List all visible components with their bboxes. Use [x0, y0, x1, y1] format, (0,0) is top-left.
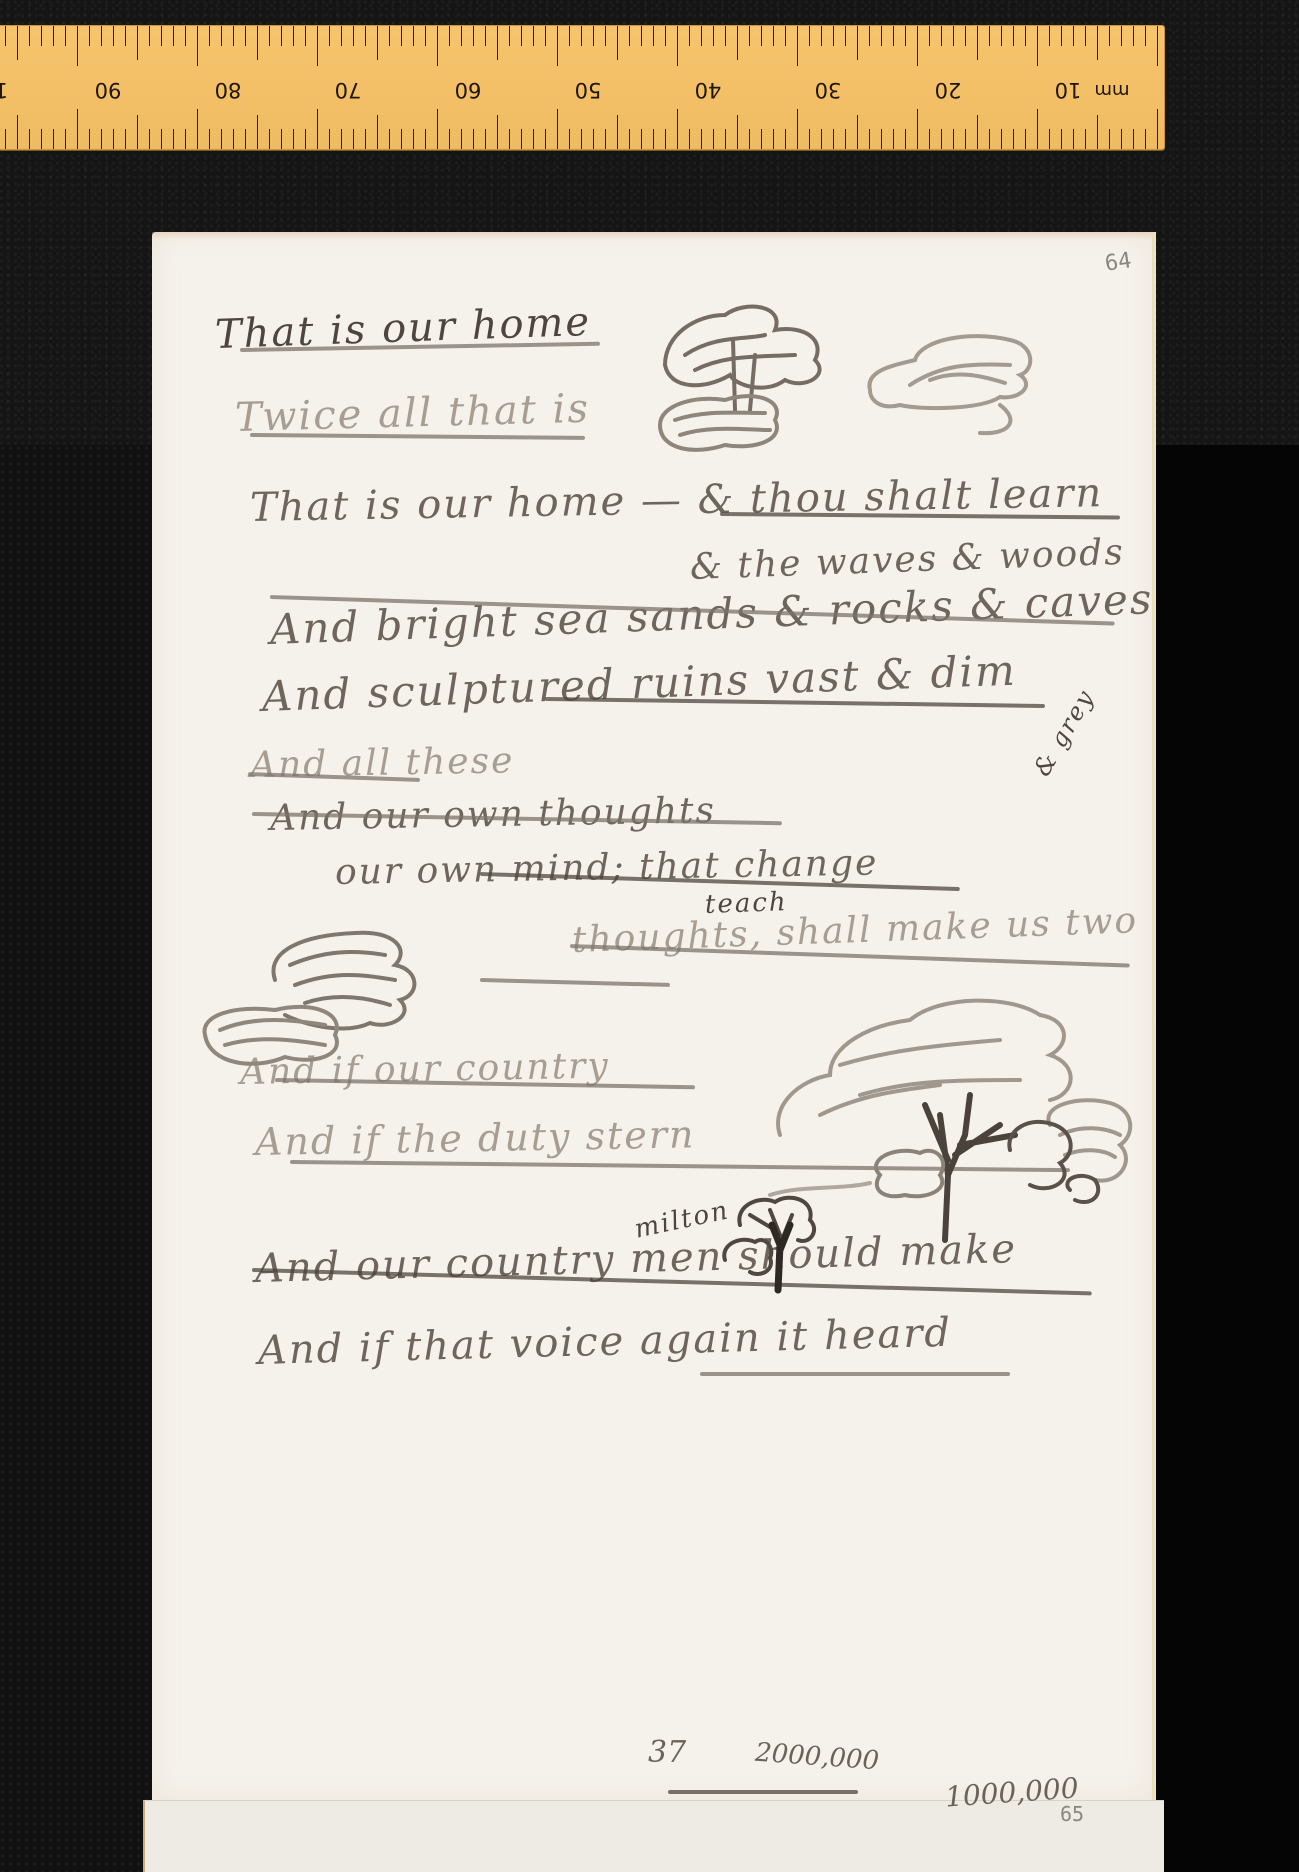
ruler-tick — [1037, 109, 1038, 149]
ruler-tick — [833, 129, 834, 149]
ruler-tick — [833, 26, 834, 46]
ruler-tick — [605, 129, 606, 149]
ruler-tick — [857, 115, 858, 149]
ruler-tick — [389, 129, 390, 149]
ruler-tick — [869, 129, 870, 149]
ruler-tick — [653, 26, 654, 46]
ruler-tick — [161, 129, 162, 149]
ruler-tick — [17, 26, 18, 60]
ruler-tick — [113, 26, 114, 46]
ruler-tick — [785, 129, 786, 149]
ruler-tick — [881, 129, 882, 149]
ruler-tick — [317, 109, 318, 149]
ruler-tick — [641, 129, 642, 149]
ruler-tick — [1061, 26, 1062, 46]
ruler-tick — [353, 129, 354, 149]
cloud-left-middle-sketch — [195, 925, 435, 1079]
ruler-tick — [821, 129, 822, 149]
ruler-tick — [293, 129, 294, 149]
ruler-tick — [785, 26, 786, 46]
ruler-tick — [509, 26, 510, 46]
ruler-tick — [1145, 26, 1146, 46]
ruler-tick — [257, 26, 258, 60]
ruler-tick — [1025, 129, 1026, 149]
ruler-tick — [389, 26, 390, 46]
ruler-tick — [689, 129, 690, 149]
ruler-tick — [137, 26, 138, 60]
ruler-tick — [173, 129, 174, 149]
ruler-tick — [377, 115, 378, 149]
ruler-tick — [1085, 129, 1086, 149]
ruler-tick — [485, 26, 486, 46]
ruler-tick — [173, 26, 174, 46]
ruler-tick — [449, 26, 450, 46]
ruler-tick — [665, 26, 666, 46]
ruler-tick — [257, 115, 258, 149]
ruler-tick — [317, 26, 318, 66]
ruler-tick — [977, 26, 978, 60]
ruler-tick — [365, 129, 366, 149]
ruler-tick — [977, 115, 978, 149]
ruler-tick — [5, 129, 6, 149]
ruler-tick — [905, 26, 906, 46]
ruler-tick — [365, 26, 366, 46]
ruler-tick — [941, 26, 942, 46]
bottom-number-37: 37 — [648, 1735, 686, 1770]
ruler-tick — [449, 129, 450, 149]
ruler-tick — [905, 129, 906, 149]
ruler-tick — [53, 129, 54, 149]
ruler-tick — [1013, 129, 1014, 149]
ruler-tick — [233, 129, 234, 149]
ruler-tick — [1073, 26, 1074, 46]
tree-sketch-icon — [720, 1190, 830, 1295]
ruler-tick — [689, 26, 690, 46]
small-tree-sketch — [720, 1190, 830, 1299]
ruler-tick — [641, 26, 642, 46]
ruler-tick — [461, 26, 462, 46]
ruler-tick — [917, 109, 918, 149]
ruler-tick — [305, 129, 306, 149]
folio-number: 64 — [1103, 248, 1133, 276]
ruler-tick — [713, 129, 714, 149]
pencil-note-65: 65 — [1060, 1802, 1084, 1826]
ruler-tick — [605, 26, 606, 46]
ruler-tick — [533, 129, 534, 149]
measuring-ruler: mm 10 20 30 40 50 60 70 80 90 100 110 12… — [0, 25, 1165, 150]
ruler-tick — [341, 129, 342, 149]
ruler-label-100: 100 — [0, 78, 18, 102]
ruler-tick — [89, 26, 90, 46]
ruler-tick — [917, 26, 918, 66]
ruler-tick — [677, 26, 678, 66]
ruler-tick — [1097, 26, 1098, 60]
ruler-tick — [101, 129, 102, 149]
ruler-tick — [1109, 129, 1110, 149]
ruler-tick — [401, 129, 402, 149]
ruler-tick — [341, 26, 342, 46]
ruler-tick — [665, 129, 666, 149]
ruler-tick — [521, 129, 522, 149]
ruler-tick — [197, 109, 198, 149]
ruler-tick — [953, 26, 954, 46]
felt-background-left — [0, 445, 160, 1872]
tree-sketch-icon — [655, 295, 845, 465]
ruler-tick — [353, 26, 354, 46]
ruler-tick — [377, 26, 378, 60]
ruler-tick — [1133, 129, 1134, 149]
ruler-tick — [797, 26, 798, 66]
ruler-tick — [125, 129, 126, 149]
ruler-tick — [29, 26, 30, 46]
ruler-tick — [509, 129, 510, 149]
ruler-tick — [113, 129, 114, 149]
ruler-tick — [269, 26, 270, 46]
cloud-sketch-icon — [195, 925, 435, 1075]
ruler-tick — [245, 129, 246, 149]
ruler-tick — [629, 129, 630, 149]
ruler-tick — [1085, 26, 1086, 46]
ruler-tick — [1133, 26, 1134, 46]
ruler-tick — [629, 26, 630, 46]
ruler-tick — [581, 26, 582, 46]
ruler-tick — [677, 109, 678, 149]
ruler-tick — [749, 129, 750, 149]
ruler-tick — [1037, 26, 1038, 66]
ruler-tick — [185, 26, 186, 46]
page-edge — [1152, 232, 1156, 1800]
cloud-sketch-icon — [860, 325, 1040, 435]
ruler-tick — [1157, 26, 1158, 66]
ruler-tick — [497, 115, 498, 149]
ruler-tick — [65, 26, 66, 46]
ruler-label-30: 30 — [798, 78, 858, 102]
ruler-tick — [1025, 26, 1026, 46]
ruler-tick — [401, 26, 402, 46]
ruler-label-90: 90 — [78, 78, 138, 102]
ruler-tick — [149, 129, 150, 149]
ruler-tick — [761, 26, 762, 46]
ruler-tick — [89, 129, 90, 149]
ruler-tick — [269, 129, 270, 149]
ruler-tick — [701, 26, 702, 46]
ruler-tick — [725, 129, 726, 149]
ruler-tick — [245, 26, 246, 46]
ruler-tick — [413, 129, 414, 149]
ruler-tick — [737, 115, 738, 149]
ruler-tick — [593, 129, 594, 149]
ruler-tick — [1121, 129, 1122, 149]
ruler-tick — [1097, 115, 1098, 149]
ruler-tick — [929, 26, 930, 46]
ruler-tick — [209, 26, 210, 46]
ruler-tick — [557, 109, 558, 149]
ruler-tick — [569, 26, 570, 46]
ruler-tick — [701, 129, 702, 149]
strike-line-17 — [700, 1372, 1010, 1376]
ruler-tick — [869, 26, 870, 46]
ruler-tick — [1061, 129, 1062, 149]
ruler-tick — [545, 129, 546, 149]
ruler-tick — [941, 129, 942, 149]
ruler-tick — [425, 26, 426, 46]
ruler-tick — [797, 109, 798, 149]
ruler-tick — [305, 26, 306, 46]
manuscript-line-14: And if the duty stern — [255, 1112, 696, 1164]
ruler-tick — [65, 129, 66, 149]
ruler-tick — [413, 26, 414, 46]
cloud-top-right-sketch — [860, 325, 1040, 439]
ruler-tick — [737, 26, 738, 60]
ruler-tick — [1049, 129, 1050, 149]
ruler-tick — [893, 26, 894, 46]
ruler-tick — [161, 26, 162, 46]
ruler-tick — [53, 26, 54, 46]
ruler-tick — [473, 129, 474, 149]
ruler-tick — [329, 129, 330, 149]
ruler-label-40: 40 — [678, 78, 738, 102]
ruler-tick — [773, 26, 774, 46]
ruler-tick — [1073, 129, 1074, 149]
ruler-tick — [41, 26, 42, 46]
ruler-tick — [617, 26, 618, 60]
ruler-tick — [281, 26, 282, 46]
ruler-tick — [725, 26, 726, 46]
ruler-tick — [125, 26, 126, 46]
ruler-tick — [1145, 129, 1146, 149]
ruler-label-20: 20 — [918, 78, 978, 102]
ruler-tick — [197, 26, 198, 66]
ruler-tick — [593, 26, 594, 46]
ruler-tick — [845, 129, 846, 149]
ruler-tick — [209, 129, 210, 149]
ruler-tick — [965, 26, 966, 46]
ruler-tick — [1049, 26, 1050, 46]
next-leaf-edge — [143, 1800, 1164, 1872]
ruler-tick — [989, 129, 990, 149]
ruler-tick — [773, 129, 774, 149]
ruler-tick — [221, 26, 222, 46]
ruler-tick — [233, 26, 234, 46]
ruler-tick — [41, 129, 42, 149]
ruler-tick — [329, 26, 330, 46]
ruler-tick — [281, 129, 282, 149]
ruler-tick — [953, 129, 954, 149]
ruler-tick — [929, 129, 930, 149]
bottom-scribble-stroke — [668, 1790, 858, 1794]
ruler-tick — [437, 26, 438, 66]
ruler-tick — [749, 26, 750, 46]
ruler-tick — [533, 26, 534, 46]
ruler-tick — [545, 26, 546, 46]
ruler-tick — [29, 129, 30, 149]
ruler-tick — [1121, 26, 1122, 46]
ruler-tick — [989, 26, 990, 46]
ruler-tick — [77, 26, 78, 66]
ruler-tick — [137, 115, 138, 149]
ruler-tick — [149, 26, 150, 46]
ruler-tick — [713, 26, 714, 46]
ruler-tick — [497, 26, 498, 60]
ruler-tick — [881, 26, 882, 46]
ruler-tick — [857, 26, 858, 60]
ruler-tick — [1157, 109, 1158, 149]
ruler-tick — [17, 115, 18, 149]
ruler-tick — [581, 129, 582, 149]
ruler-tick — [569, 129, 570, 149]
ruler-tick — [425, 129, 426, 149]
ruler-tick — [185, 129, 186, 149]
ruler-tick — [1013, 26, 1014, 46]
ruler-tick — [521, 26, 522, 46]
ruler-tick — [761, 129, 762, 149]
ruler-tick — [101, 26, 102, 46]
ruler-tick — [461, 129, 462, 149]
ruler-tick — [485, 129, 486, 149]
ruler-tick — [293, 26, 294, 46]
ruler-tick — [473, 26, 474, 46]
ruler-tick — [653, 129, 654, 149]
ruler-tick — [965, 129, 966, 149]
ruler-tick — [437, 109, 438, 149]
ruler-tick — [809, 26, 810, 46]
ruler-label-60: 60 — [438, 78, 498, 102]
ruler-label-70: 70 — [318, 78, 378, 102]
ruler-tick — [1109, 26, 1110, 46]
ruler-label-10: 10 — [1038, 78, 1098, 102]
ruler-tick — [893, 129, 894, 149]
ruler-tick — [557, 26, 558, 66]
ruler-label-80: 80 — [198, 78, 258, 102]
ruler-tick — [77, 109, 78, 149]
ruler-label-50: 50 — [558, 78, 618, 102]
ruler-tick — [617, 115, 618, 149]
ruler-tick — [821, 26, 822, 46]
ruler-tick — [809, 129, 810, 149]
ruler-tick — [221, 129, 222, 149]
ruler-tick — [845, 26, 846, 46]
ruler-tick — [5, 26, 6, 46]
ruler-tick — [1001, 129, 1002, 149]
ruler-tick — [1001, 26, 1002, 46]
tree-clusters-sketch — [655, 295, 845, 469]
